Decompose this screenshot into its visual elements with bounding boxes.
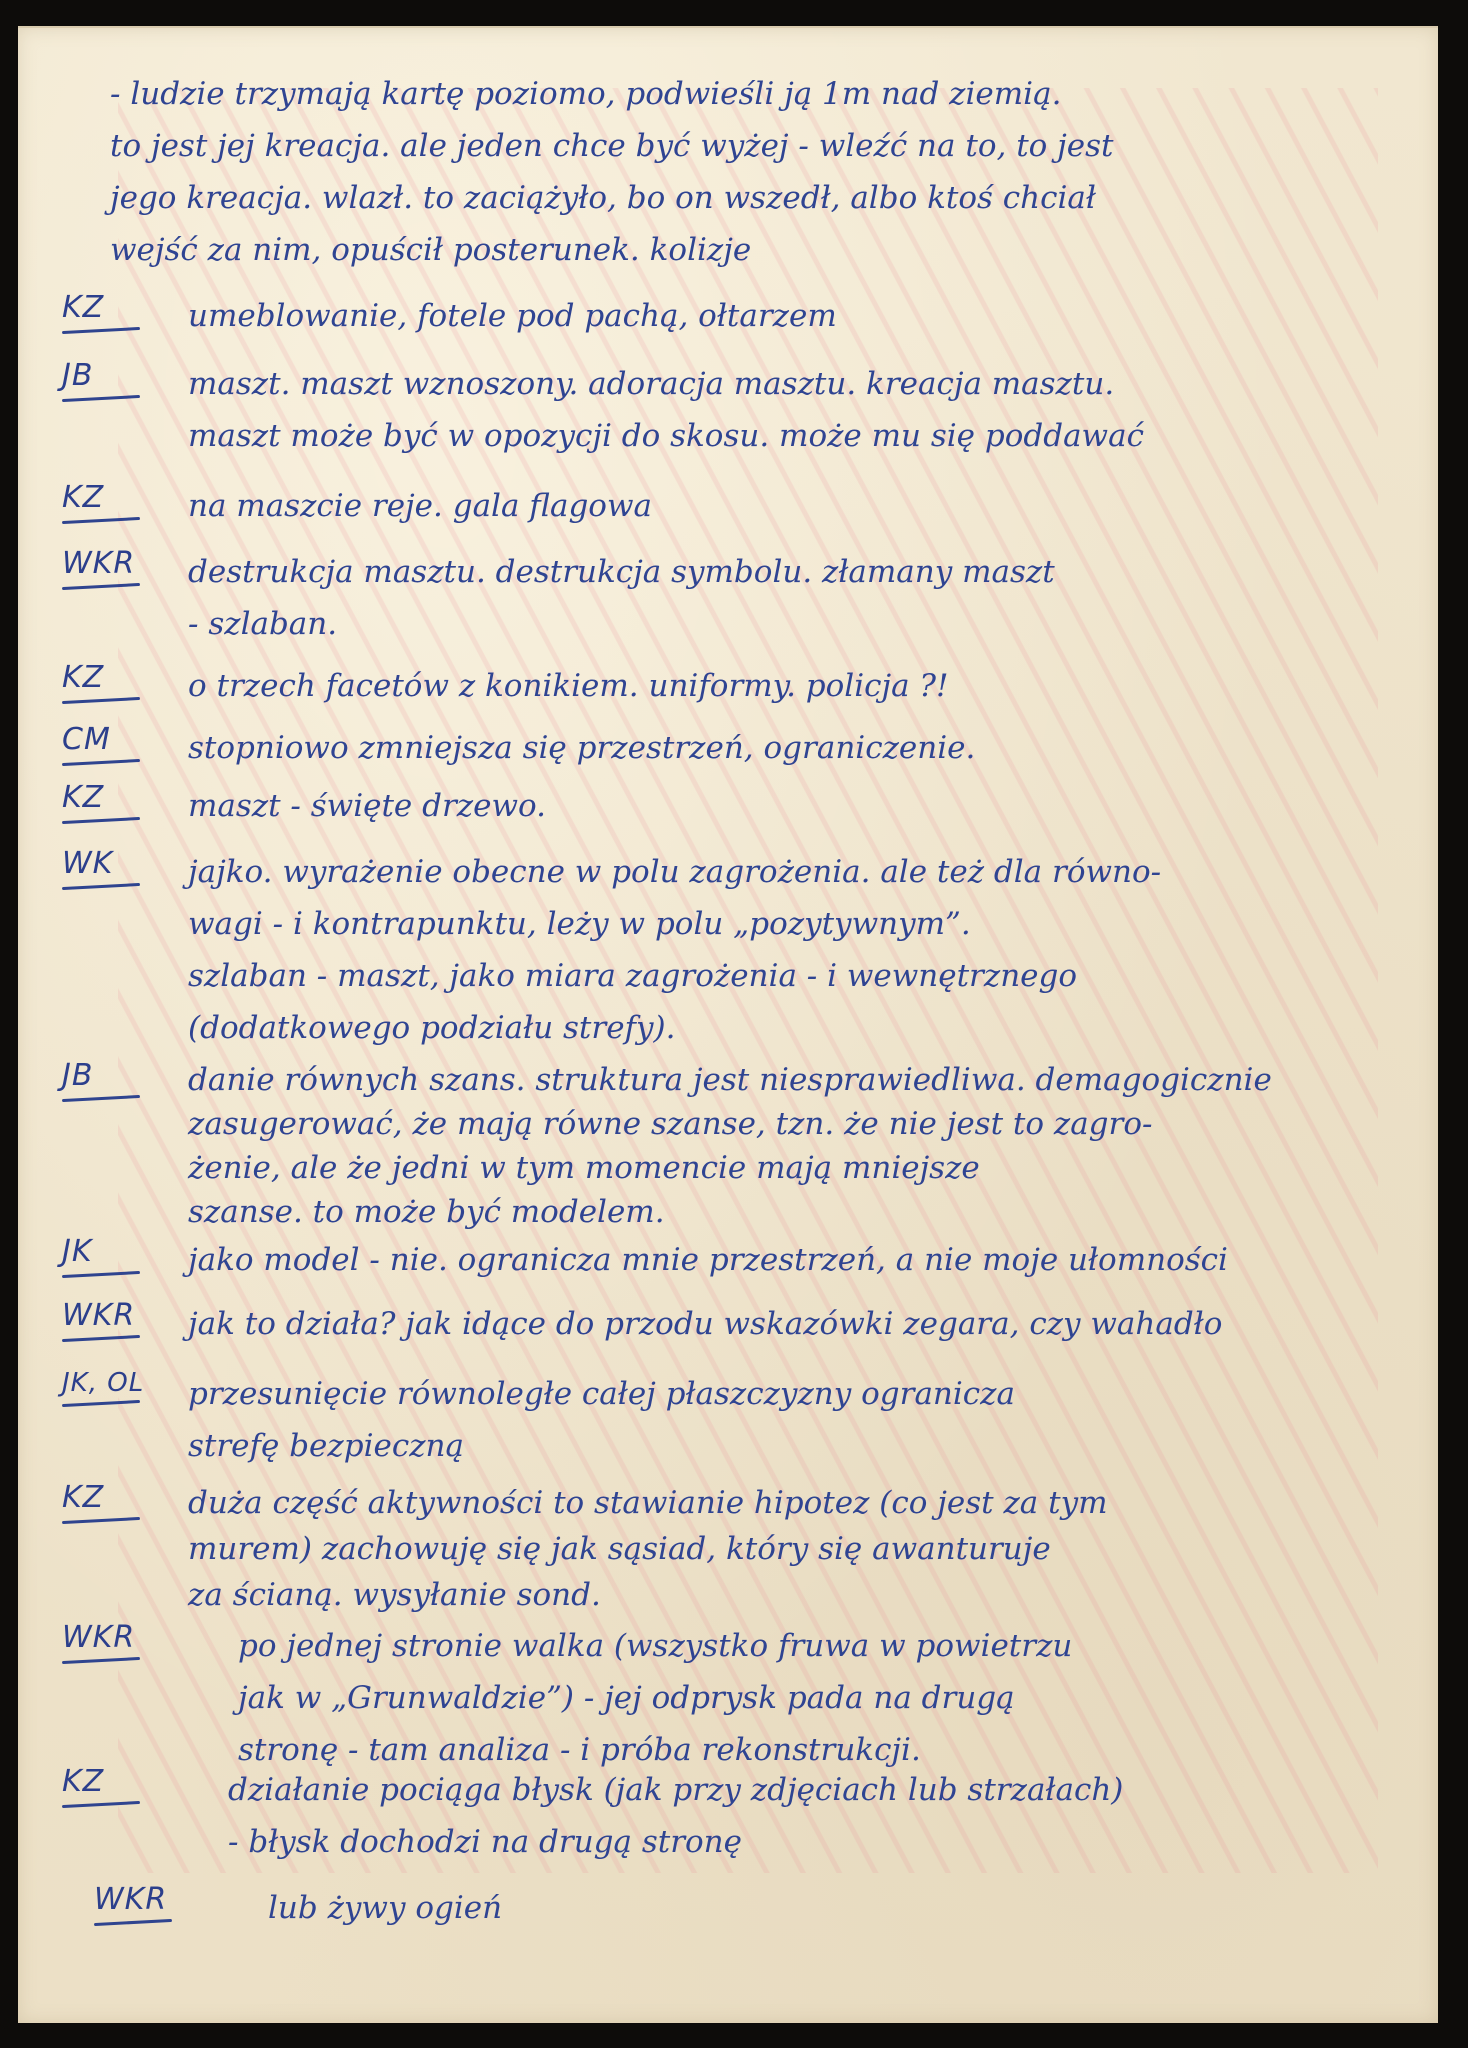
entry-text: umeblowanie, fotele pod pachą, ołtarzem	[188, 290, 1368, 342]
entry-text: o trzech facetów z konikiem. uniformy. p…	[188, 660, 1368, 712]
text-line: szanse. to może być modelem.	[188, 1190, 1368, 1234]
entry-text: danie równych szans. struktura jest nies…	[188, 1058, 1368, 1234]
underline-mark	[62, 327, 140, 334]
text-line: maszt - święte drzewo.	[188, 780, 1368, 832]
text-line: wagi - i kontrapunktu, leży w polu „pozy…	[188, 898, 1368, 950]
entry-text: - ludzie trzymają kartę poziomo, podwieś…	[110, 68, 1368, 276]
entry-text: na maszcie reje. gala flagowa	[188, 480, 1368, 532]
entry-text: maszt. maszt wznoszony. adoracja masztu.…	[188, 358, 1368, 462]
text-line: (dodatkowego podziału strefy).	[188, 1002, 1368, 1054]
speaker-initials: KZ	[62, 1480, 162, 1522]
text-line: - szlaban.	[188, 598, 1368, 650]
speaker-initials: KZ	[62, 1764, 162, 1806]
underline-mark	[62, 1095, 140, 1102]
text-line: jako model - nie. ogranicza mnie przestr…	[188, 1234, 1368, 1286]
text-line: to jest jej kreacja. ale jeden chce być …	[110, 120, 1368, 172]
text-line: jak to działa? jak idące do przodu wskaz…	[188, 1298, 1368, 1350]
text-line: destrukcja masztu. destrukcja symbolu. z…	[188, 546, 1368, 598]
speaker-initials: JB	[62, 1058, 162, 1100]
text-line: - ludzie trzymają kartę poziomo, podwieś…	[110, 68, 1368, 120]
text-line: strefę bezpieczną	[188, 1420, 1368, 1472]
text-line: danie równych szans. struktura jest nies…	[188, 1058, 1368, 1102]
paper-sheet: - ludzie trzymają kartę poziomo, podwieś…	[18, 26, 1438, 2023]
entry-text: działanie pociąga błysk (jak przy zdjęci…	[228, 1764, 1368, 1868]
text-line: szlaban - maszt, jako miara zagrożenia -…	[188, 950, 1368, 1002]
speaker-initials: KZ	[62, 290, 162, 332]
underline-mark	[94, 1919, 172, 1926]
text-line: zasugerować, że mają równe szanse, tzn. …	[188, 1102, 1368, 1146]
text-line: duża część aktywności to stawianie hipot…	[188, 1480, 1368, 1526]
underline-mark	[62, 697, 140, 704]
underline-mark	[62, 817, 140, 824]
underline-mark	[62, 583, 140, 590]
speaker-initials: WKR	[62, 546, 162, 588]
text-line: za ścianą. wysyłanie sond.	[188, 1572, 1368, 1618]
underline-mark	[62, 1657, 140, 1664]
entry-text: duża część aktywności to stawianie hipot…	[188, 1480, 1368, 1618]
underline-mark	[62, 395, 140, 402]
speaker-initials: JK, OL	[62, 1368, 162, 1405]
entry-text: przesunięcie równoległe całej płaszczyzn…	[188, 1368, 1368, 1472]
speaker-initials: WK	[62, 846, 162, 888]
text-line: umeblowanie, fotele pod pachą, ołtarzem	[188, 290, 1368, 342]
entry-text: jajko. wyrażenie obecne w polu zagrożeni…	[188, 846, 1368, 1054]
text-line: wejść za nim, opuścił posterunek. kolizj…	[110, 224, 1368, 276]
text-line: o trzech facetów z konikiem. uniformy. p…	[188, 660, 1368, 712]
text-line: jak w „Grunwaldzie”) - jej odprysk pada …	[238, 1672, 1368, 1724]
text-line: - błysk dochodzi na drugą stronę	[228, 1816, 1368, 1868]
underline-mark	[62, 1801, 140, 1808]
entry-text: destrukcja masztu. destrukcja symbolu. z…	[188, 546, 1368, 650]
speaker-initials: JB	[62, 358, 162, 400]
entry-text: lub żywy ogień	[268, 1882, 1368, 1934]
speaker-initials: KZ	[62, 480, 162, 522]
underline-mark	[62, 883, 140, 890]
entry-text: jako model - nie. ogranicza mnie przestr…	[188, 1234, 1368, 1286]
text-line: maszt. maszt wznoszony. adoracja masztu.…	[188, 358, 1368, 410]
underline-mark	[62, 1335, 140, 1342]
underline-mark	[62, 1517, 140, 1524]
speaker-initials: CM	[62, 722, 162, 764]
speaker-initials: WKR	[62, 1620, 162, 1662]
text-line: jajko. wyrażenie obecne w polu zagrożeni…	[188, 846, 1368, 898]
underline-mark	[62, 759, 140, 766]
text-line: na maszcie reje. gala flagowa	[188, 480, 1368, 532]
entry-text: po jednej stronie walka (wszystko fruwa …	[238, 1620, 1368, 1776]
speaker-initials: KZ	[62, 780, 162, 822]
text-line: lub żywy ogień	[268, 1882, 1368, 1934]
entry-text: jak to działa? jak idące do przodu wskaz…	[188, 1298, 1368, 1350]
entry-text: maszt - święte drzewo.	[188, 780, 1368, 832]
text-line: działanie pociąga błysk (jak przy zdjęci…	[228, 1764, 1368, 1816]
underline-mark	[62, 1271, 140, 1278]
speaker-initials: JK	[62, 1234, 162, 1276]
text-line: przesunięcie równoległe całej płaszczyzn…	[188, 1368, 1368, 1420]
speaker-initials: KZ	[62, 660, 162, 702]
speaker-initials: WKR	[62, 1298, 162, 1340]
text-line: maszt może być w opozycji do skosu. może…	[188, 410, 1368, 462]
speaker-initials: WKR	[94, 1882, 194, 1924]
underline-mark	[62, 1400, 140, 1407]
underline-mark	[62, 517, 140, 524]
text-line: murem) zachowuję się jak sąsiad, który s…	[188, 1526, 1368, 1572]
text-line: jego kreacja. wlazł. to zaciążyło, bo on…	[110, 172, 1368, 224]
text-line: po jednej stronie walka (wszystko fruwa …	[238, 1620, 1368, 1672]
text-line: stopniowo zmniejsza się przestrzeń, ogra…	[188, 722, 1368, 774]
entry-text: stopniowo zmniejsza się przestrzeń, ogra…	[188, 722, 1368, 774]
text-line: żenie, ale że jedni w tym momencie mają …	[188, 1146, 1368, 1190]
